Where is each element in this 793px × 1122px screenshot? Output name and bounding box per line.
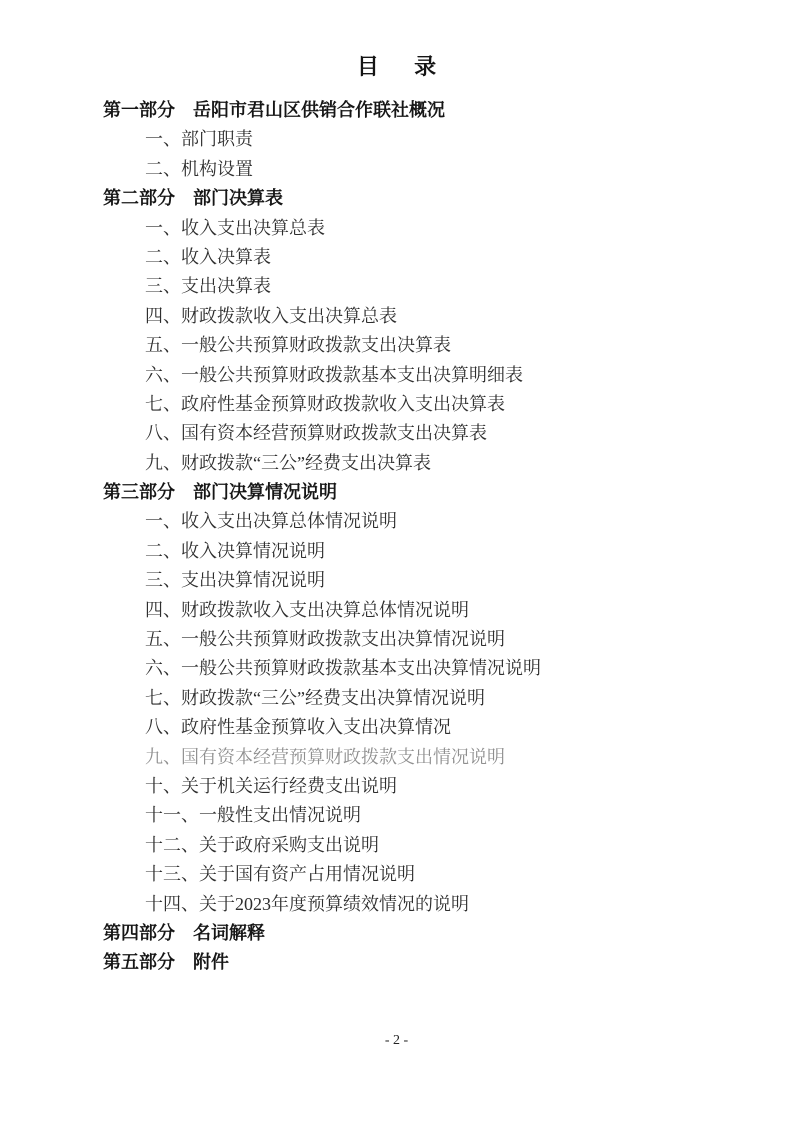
toc-item: 五、一般公共预算财政拨款支出决算情况说明	[0, 625, 793, 654]
toc-section-heading-3: 第三部分 部门决算情况说明	[0, 478, 793, 507]
page-title: 目 录	[0, 52, 793, 82]
toc-item: 二、收入决算情况说明	[0, 537, 793, 566]
toc-item: 八、国有资本经营预算财政拨款支出决算表	[0, 419, 793, 448]
toc-item: 十、关于机关运行经费支出说明	[0, 772, 793, 801]
toc-section-heading-1: 第一部分 岳阳市君山区供销合作联社概况	[0, 96, 793, 125]
toc-item: 六、一般公共预算财政拨款基本支出决算情况说明	[0, 654, 793, 683]
toc-item: 十一、一般性支出情况说明	[0, 801, 793, 830]
toc-item: 九、财政拨款“三公”经费支出决算表	[0, 449, 793, 478]
toc-section-heading-4: 第四部分 名词解释	[0, 919, 793, 948]
toc-item: 一、部门职责	[0, 125, 793, 154]
toc-item: 一、收入支出决算总表	[0, 214, 793, 243]
toc-item: 四、财政拨款收入支出决算总体情况说明	[0, 596, 793, 625]
toc-item: 二、机构设置	[0, 155, 793, 184]
toc-item: 七、政府性基金预算财政拨款收入支出决算表	[0, 390, 793, 419]
toc-item: 十三、关于国有资产占用情况说明	[0, 860, 793, 889]
toc-item: 六、一般公共预算财政拨款基本支出决算明细表	[0, 361, 793, 390]
toc-item-muted: 九、国有资本经营预算财政拨款支出情况说明	[0, 743, 793, 772]
toc-item: 三、支出决算情况说明	[0, 566, 793, 595]
toc-item: 二、收入决算表	[0, 243, 793, 272]
toc-item: 三、支出决算表	[0, 272, 793, 301]
toc-item: 八、政府性基金预算收入支出决算情况	[0, 713, 793, 742]
toc-item: 四、财政拨款收入支出决算总表	[0, 302, 793, 331]
toc-section-heading-2: 第二部分 部门决算表	[0, 184, 793, 213]
toc-item: 七、财政拨款“三公”经费支出决算情况说明	[0, 684, 793, 713]
table-of-contents: 第一部分 岳阳市君山区供销合作联社概况 一、部门职责 二、机构设置 第二部分 部…	[0, 96, 793, 978]
toc-section-heading-5: 第五部分 附件	[0, 948, 793, 977]
toc-item: 十二、关于政府采购支出说明	[0, 831, 793, 860]
toc-item: 一、收入支出决算总体情况说明	[0, 507, 793, 536]
document-page: 目 录 第一部分 岳阳市君山区供销合作联社概况 一、部门职责 二、机构设置 第二…	[0, 0, 793, 1122]
toc-item: 五、一般公共预算财政拨款支出决算表	[0, 331, 793, 360]
toc-item: 十四、关于2023年度预算绩效情况的说明	[0, 890, 793, 919]
page-number: - 2 -	[0, 1032, 793, 1050]
